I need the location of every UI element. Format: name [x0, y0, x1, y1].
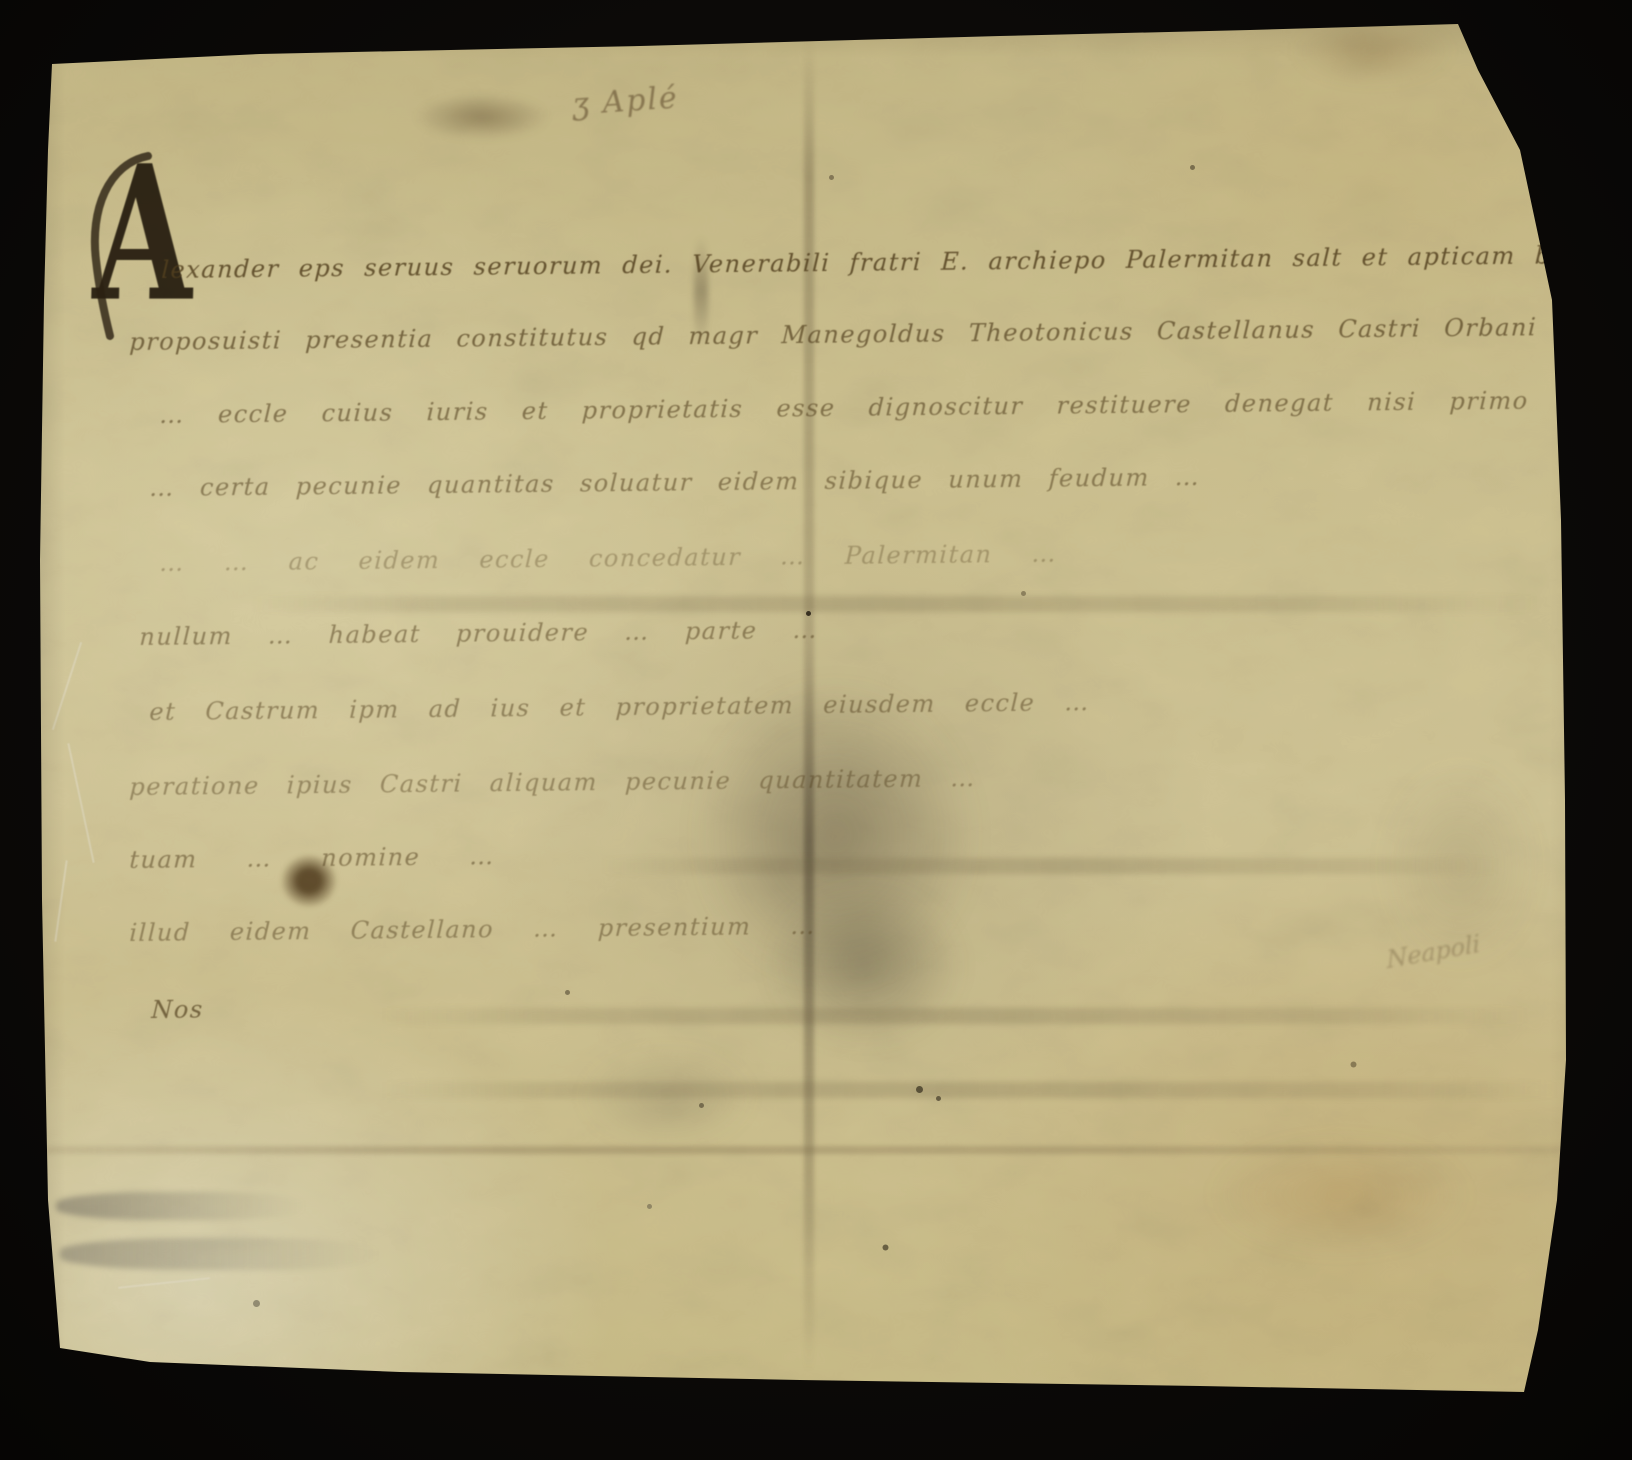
parchment-texture — [0, 0, 1632, 1460]
photo-background: ʒ Aplé A lexander eps seruus seruorum de… — [0, 0, 1632, 1460]
parchment-document: ʒ Aplé A lexander eps seruus seruorum de… — [0, 0, 1632, 1460]
texture-rect — [0, 0, 1632, 1460]
dirt-specks — [0, 0, 3, 3]
